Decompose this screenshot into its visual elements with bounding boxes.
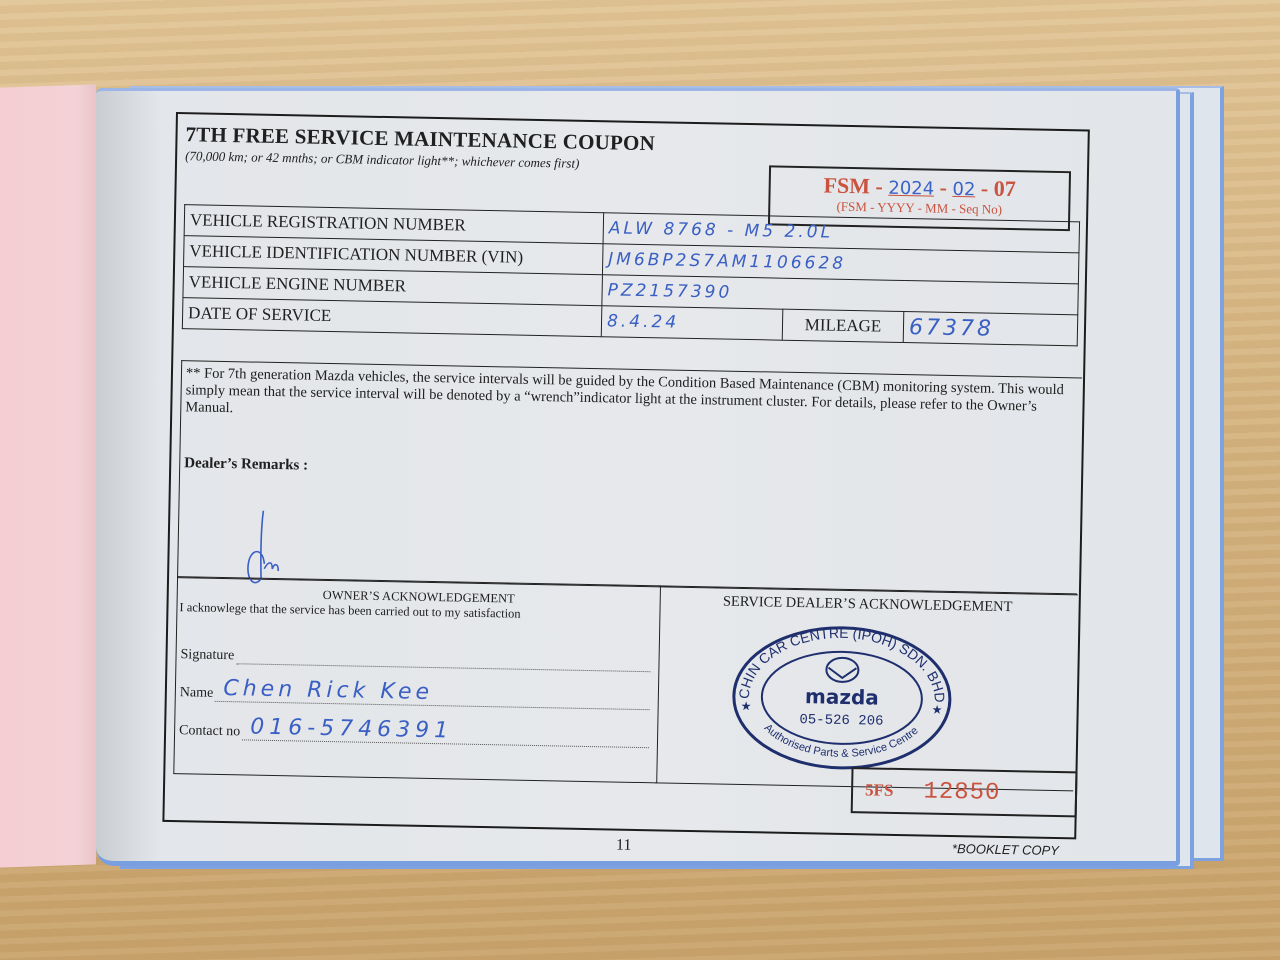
vehicle-info-table: VEHICLE REGISTRATION NUMBER ALW 8768 - M… bbox=[182, 204, 1080, 346]
star-icon: ★ bbox=[741, 699, 752, 713]
contact-field: Contact no 016-5746391 bbox=[179, 723, 649, 748]
name-line: Chen Rick Kee bbox=[215, 689, 650, 710]
stamp-brand: mazda bbox=[805, 684, 879, 709]
owner-acknowledgement-section: OWNER’S ACKNOWLEDGEMENT I acknowlege tha… bbox=[173, 576, 661, 783]
signature-line bbox=[236, 651, 651, 672]
service-coupon: 7TH FREE SERVICE MAINTENANCE COUPON (70,… bbox=[162, 112, 1089, 839]
serial-prefix: 5FS bbox=[865, 780, 894, 801]
mileage-value: 67378 bbox=[903, 312, 1078, 346]
contact-value: 016-5746391 bbox=[250, 715, 453, 744]
page-number: 11 bbox=[616, 837, 632, 855]
cbm-note: ** For 7th generation Mazda vehicles, th… bbox=[185, 365, 1066, 433]
name-field: Name Chen Rick Kee bbox=[180, 685, 650, 710]
dealer-remarks-label: Dealer’s Remarks : bbox=[184, 455, 308, 474]
serial-number-box: 5FS 12850 bbox=[851, 767, 1078, 817]
name-value: Chen Rick Kee bbox=[223, 676, 433, 705]
contact-label: Contact no bbox=[179, 723, 240, 740]
contact-line: 016-5746391 bbox=[242, 727, 649, 748]
dealer-ack-title: SERVICE DEALER’S ACKNOWLEDGEMENT bbox=[659, 592, 1077, 617]
cbm-note-section: ** For 7th generation Mazda vehicles, th… bbox=[177, 360, 1082, 595]
dealer-acknowledgement-section: SERVICE DEALER’S ACKNOWLEDGEMENT CHIN CA… bbox=[655, 585, 1077, 791]
dealer-stamp: CHIN CAR CENTRE (IPOH) SDN. BHD Authoris… bbox=[726, 618, 959, 772]
fsm-year: 2024 bbox=[888, 178, 934, 200]
star-icon: ★ bbox=[932, 703, 943, 717]
fsm-dash: - bbox=[939, 175, 952, 200]
signature-label: Signature bbox=[180, 647, 234, 664]
date-of-service-label: DATE OF SERVICE bbox=[182, 298, 602, 337]
name-label: Name bbox=[180, 685, 214, 702]
fsm-seq: - 07 bbox=[981, 175, 1016, 201]
stamp-phone: 05-526 206 bbox=[799, 712, 883, 730]
left-pink-page bbox=[0, 84, 96, 867]
mileage-label: MILEAGE bbox=[782, 309, 904, 342]
date-of-service-value: 8.4.24 bbox=[601, 306, 783, 340]
fsm-month: 02 bbox=[952, 179, 975, 200]
serial-number: 12850 bbox=[923, 778, 1001, 806]
mazda-logo-icon bbox=[826, 658, 858, 683]
fsm-prefix: FSM - bbox=[823, 172, 883, 198]
booklet-copy-label: *BOOKLET COPY bbox=[952, 841, 1059, 858]
signature-field: Signature bbox=[180, 647, 650, 672]
